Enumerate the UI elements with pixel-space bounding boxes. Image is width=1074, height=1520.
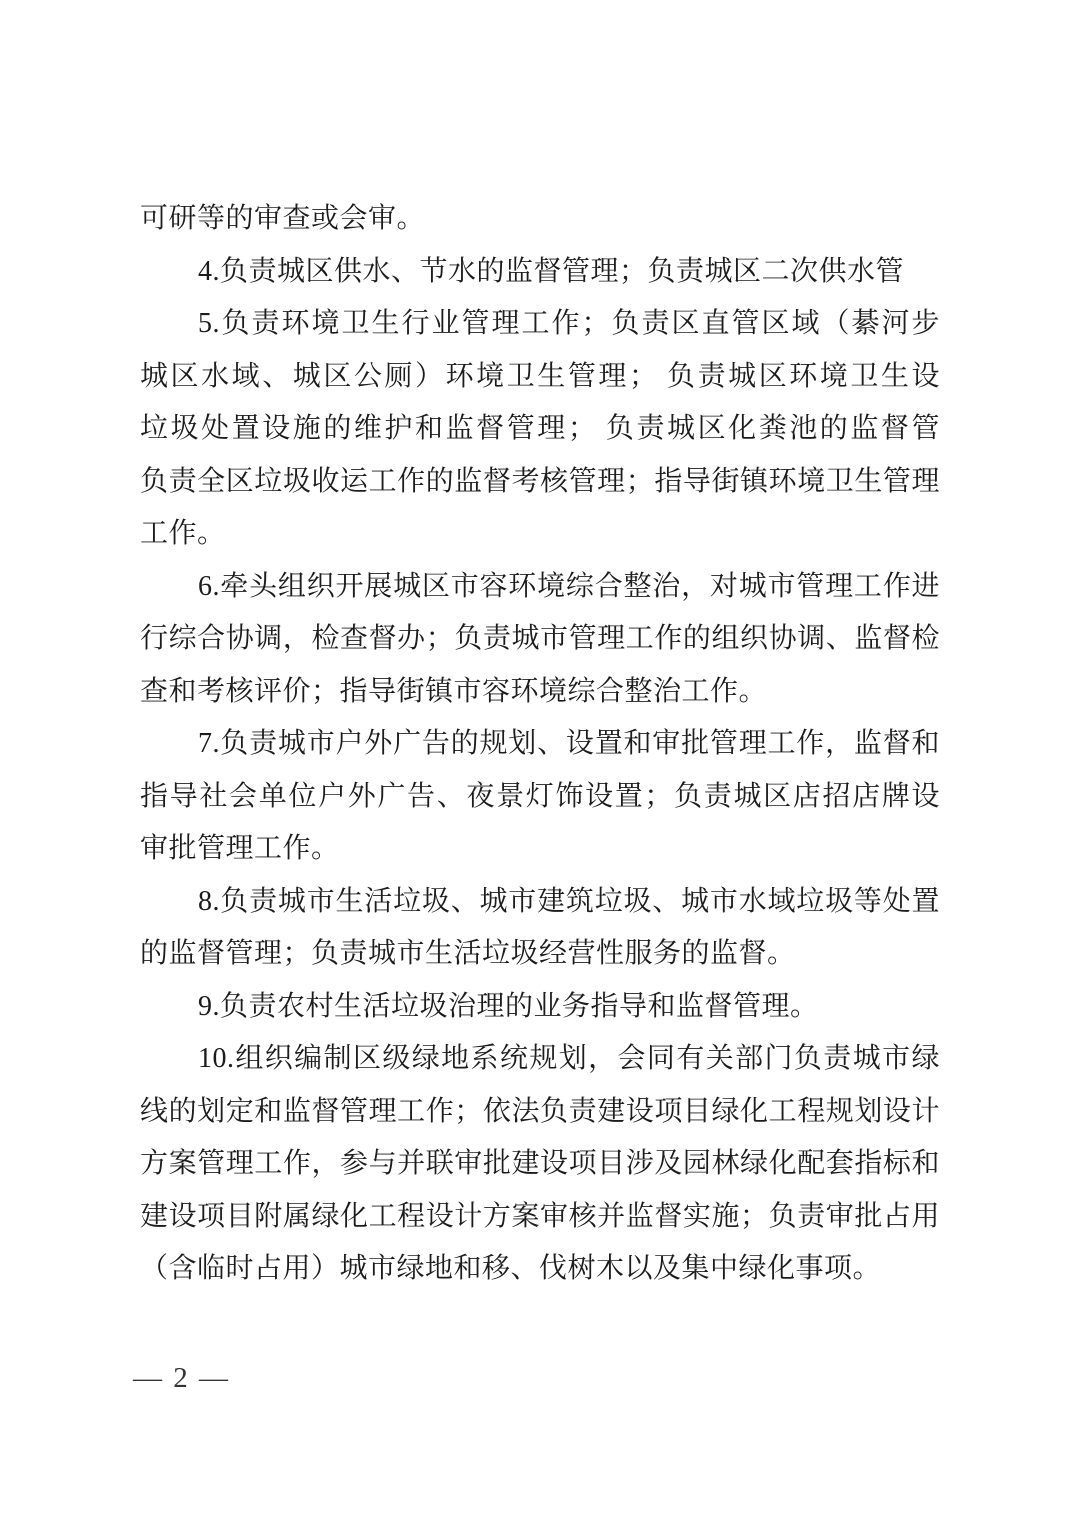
document-page: 可研等的审查或会审。4.负责城区供水、节水的监督管理；负责城区二次供水管理。5.… <box>0 0 1074 1520</box>
paragraph: 5.负责环境卫生行业管理工作；负责区直管区域（綦河步道、城区水域、城区公厕）环境… <box>140 298 940 561</box>
page-number: — 2 — <box>133 1362 230 1394</box>
paragraph: 8.负责城市生活垃圾、城市建筑垃圾、城市水域垃圾等处置的监督管理；负责城市生活垃… <box>140 876 940 981</box>
paragraph-line: 指导社会单位户外广告、夜景灯饰设置；负责城区店招店牌设置、 <box>140 771 940 824</box>
paragraph-line: （含临时占用）城市绿地和移、伐树木以及集中绿化事项。 <box>140 1243 940 1296</box>
paragraph-line: 建设项目附属绿化工程设计方案审核并监督实施；负责审批占用 <box>140 1191 940 1244</box>
paragraph-line: 工作。 <box>140 508 940 561</box>
paragraph-line: 线的划定和监督管理工作；依法负责建设项目绿化工程规划设计 <box>140 1086 940 1139</box>
paragraph-line: 查和考核评价；指导街镇市容环境综合整治工作。 <box>140 666 940 719</box>
paragraph: 4.负责城区供水、节水的监督管理；负责城区二次供水管理。 <box>140 246 940 299</box>
paragraph-line: 7.负责城市户外广告的规划、设置和审批管理工作，监督和 <box>140 718 940 771</box>
paragraph-line: 负责全区垃圾收运工作的监督考核管理；指导街镇环境卫生管理 <box>140 456 940 509</box>
paragraph: 7.负责城市户外广告的规划、设置和审批管理工作，监督和指导社会单位户外广告、夜景… <box>140 718 940 876</box>
paragraph-line: 10.组织编制区级绿地系统规划，会同有关部门负责城市绿 <box>140 1033 940 1086</box>
paragraph-line: 9.负责农村生活垃圾治理的业务指导和监督管理。 <box>140 981 940 1034</box>
paragraph: 可研等的审查或会审。 <box>140 193 940 246</box>
paragraph: 10.组织编制区级绿地系统规划，会同有关部门负责城市绿线的划定和监督管理工作；依… <box>140 1033 940 1296</box>
document-body: 可研等的审查或会审。4.负责城区供水、节水的监督管理；负责城区二次供水管理。5.… <box>140 193 940 1296</box>
paragraph-line: 可研等的审查或会审。 <box>140 193 940 246</box>
paragraph-line: 方案管理工作，参与并联审批建设项目涉及园林绿化配套指标和 <box>140 1138 940 1191</box>
paragraph-line: 审批管理工作。 <box>140 823 940 876</box>
paragraph-line: 8.负责城市生活垃圾、城市建筑垃圾、城市水域垃圾等处置 <box>140 876 940 929</box>
paragraph-line: 5.负责环境卫生行业管理工作；负责区直管区域（綦河步道、 <box>140 298 940 351</box>
paragraph-line: 城区水域、城区公厕）环境卫生管理； 负责城区环境卫生设施、 <box>140 351 940 404</box>
paragraph-line: 行综合协调，检查督办；负责城市管理工作的组织协调、监督检 <box>140 613 940 666</box>
paragraph: 6.牵头组织开展城区市容环境综合整治，对城市管理工作进行综合协调，检查督办；负责… <box>140 561 940 719</box>
paragraph: 9.负责农村生活垃圾治理的业务指导和监督管理。 <box>140 981 940 1034</box>
paragraph-line: 垃圾处置设施的维护和监督管理； 负责城区化粪池的监督管理； <box>140 403 940 456</box>
paragraph-line: 6.牵头组织开展城区市容环境综合整治，对城市管理工作进 <box>140 561 940 614</box>
paragraph-line: 4.负责城区供水、节水的监督管理；负责城区二次供水管理。 <box>140 246 940 299</box>
page-footer: — 2 — <box>133 1352 433 1404</box>
paragraph-line: 的监督管理；负责城市生活垃圾经营性服务的监督。 <box>140 928 940 981</box>
